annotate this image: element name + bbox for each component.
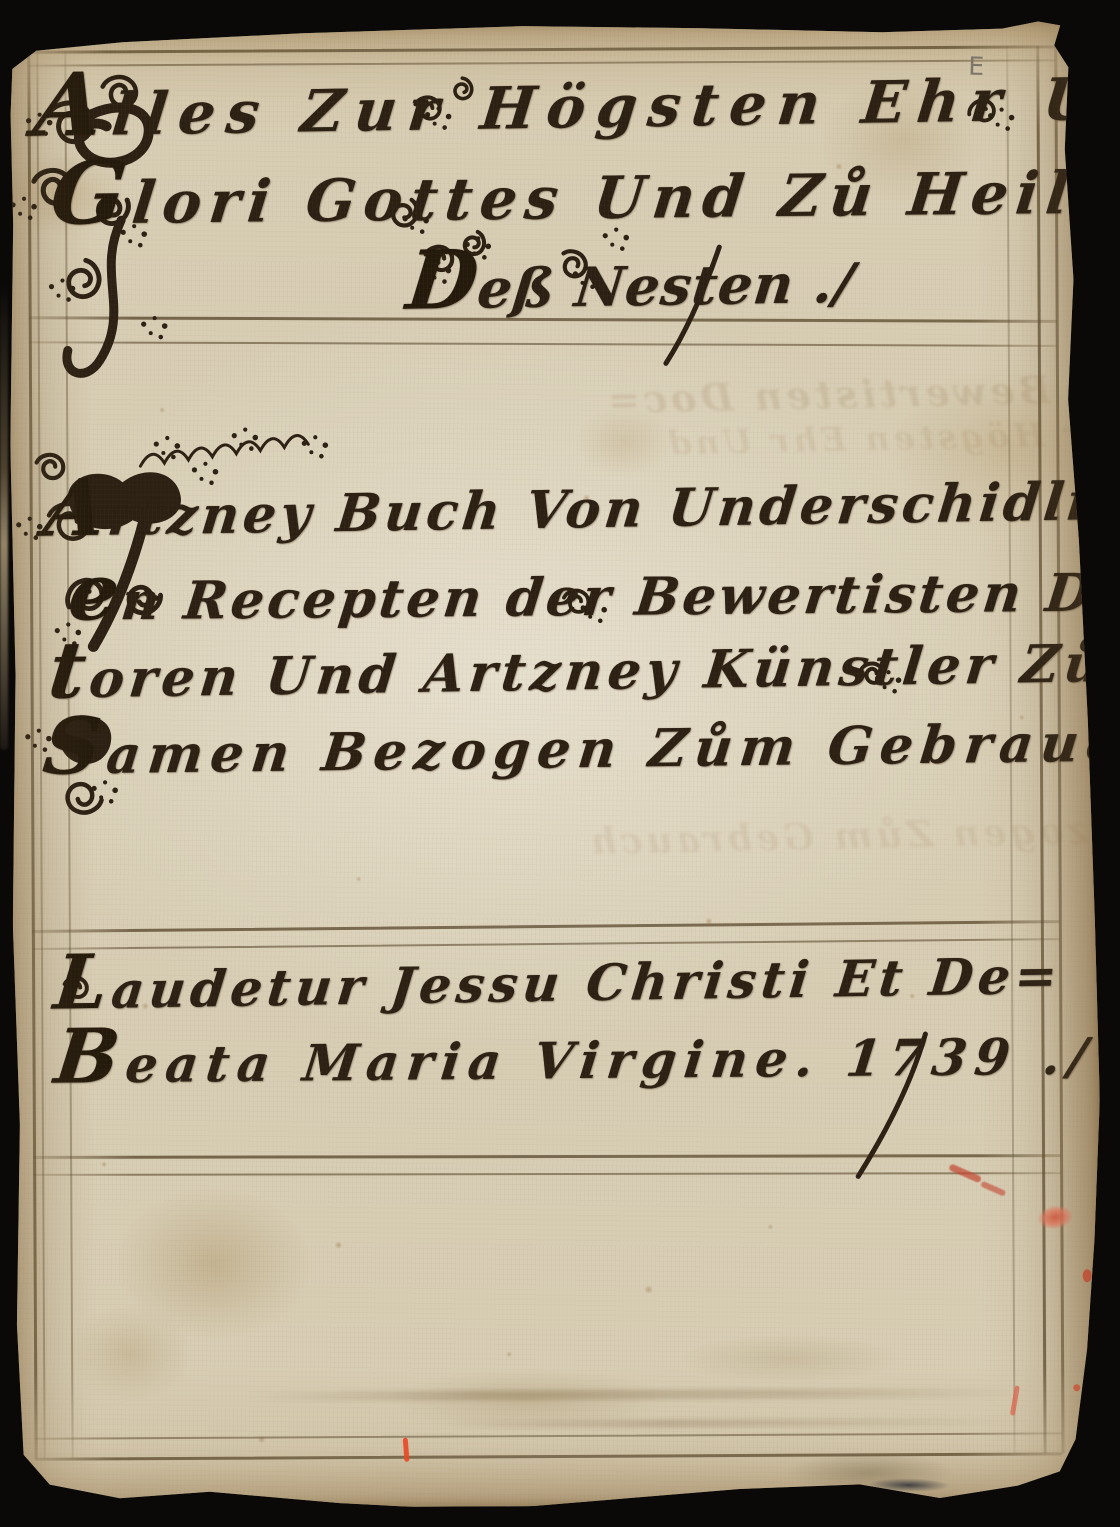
bleedthrough-text: en Recepten der Bewertisten Doc=	[604, 362, 1120, 420]
bleedthrough-text: Alles Zur Högsten Ehr Und	[664, 413, 1120, 460]
photo-background: { "manuscript": { "folio_mark": "E", "de…	[0, 0, 1120, 1527]
ruled-line	[33, 1172, 1061, 1176]
ruled-line	[29, 341, 1057, 347]
colophon-line-2: Beata Maria Virgine. 1739 ./	[52, 1032, 1098, 1091]
border-rule-left-outer	[27, 51, 37, 1459]
ruled-line	[32, 920, 1060, 932]
border-rule-top-outer	[27, 45, 1055, 53]
dedication-line-3: Deß Nesten ./	[404, 256, 858, 317]
paper-stain	[429, 1418, 1029, 1429]
red-ink-dot	[1083, 1269, 1092, 1282]
title-line-1: Artzney Buch Von Underschidlich=	[41, 474, 1120, 544]
manuscript-page: en Recepten der Bewertisten Doc= Alles Z…	[2, 19, 1102, 1509]
dedication-line-2: Glori Gottes Und Zů Heill	[47, 164, 1109, 233]
section-divider-1	[29, 316, 1057, 350]
border-rule-bottom-inner	[35, 1432, 1063, 1439]
title-line-4: Samen Bezogen Zům Gebrauch	[40, 717, 1120, 783]
bleedthrough-text: Samen Bezogen Zům Gebrauch	[586, 808, 1120, 861]
ink-smudge	[854, 1475, 964, 1494]
folio-letter: E	[968, 52, 985, 81]
red-ink-dot	[1073, 1384, 1080, 1391]
dedication-line-1: Alles Zur Högsten Ehr Und	[31, 68, 1120, 144]
red-ink-dash	[403, 1438, 410, 1462]
border-rule-top-inner	[27, 59, 1055, 66]
colophon-line-1: Laudetur Jessu Christi Et De=	[51, 951, 1064, 1017]
title-line-2: en Recepten der Bewertisten Doc=	[65, 567, 1120, 629]
title-line-3: toren Und Artzney Künstler Zů	[46, 638, 1110, 707]
ruled-line	[33, 1154, 1061, 1158]
facing-page-edge	[0, 280, 8, 750]
section-divider-3	[33, 1154, 1061, 1186]
border-rule-bottom-outer	[35, 1452, 1063, 1460]
paper-stain	[249, 1388, 1029, 1402]
